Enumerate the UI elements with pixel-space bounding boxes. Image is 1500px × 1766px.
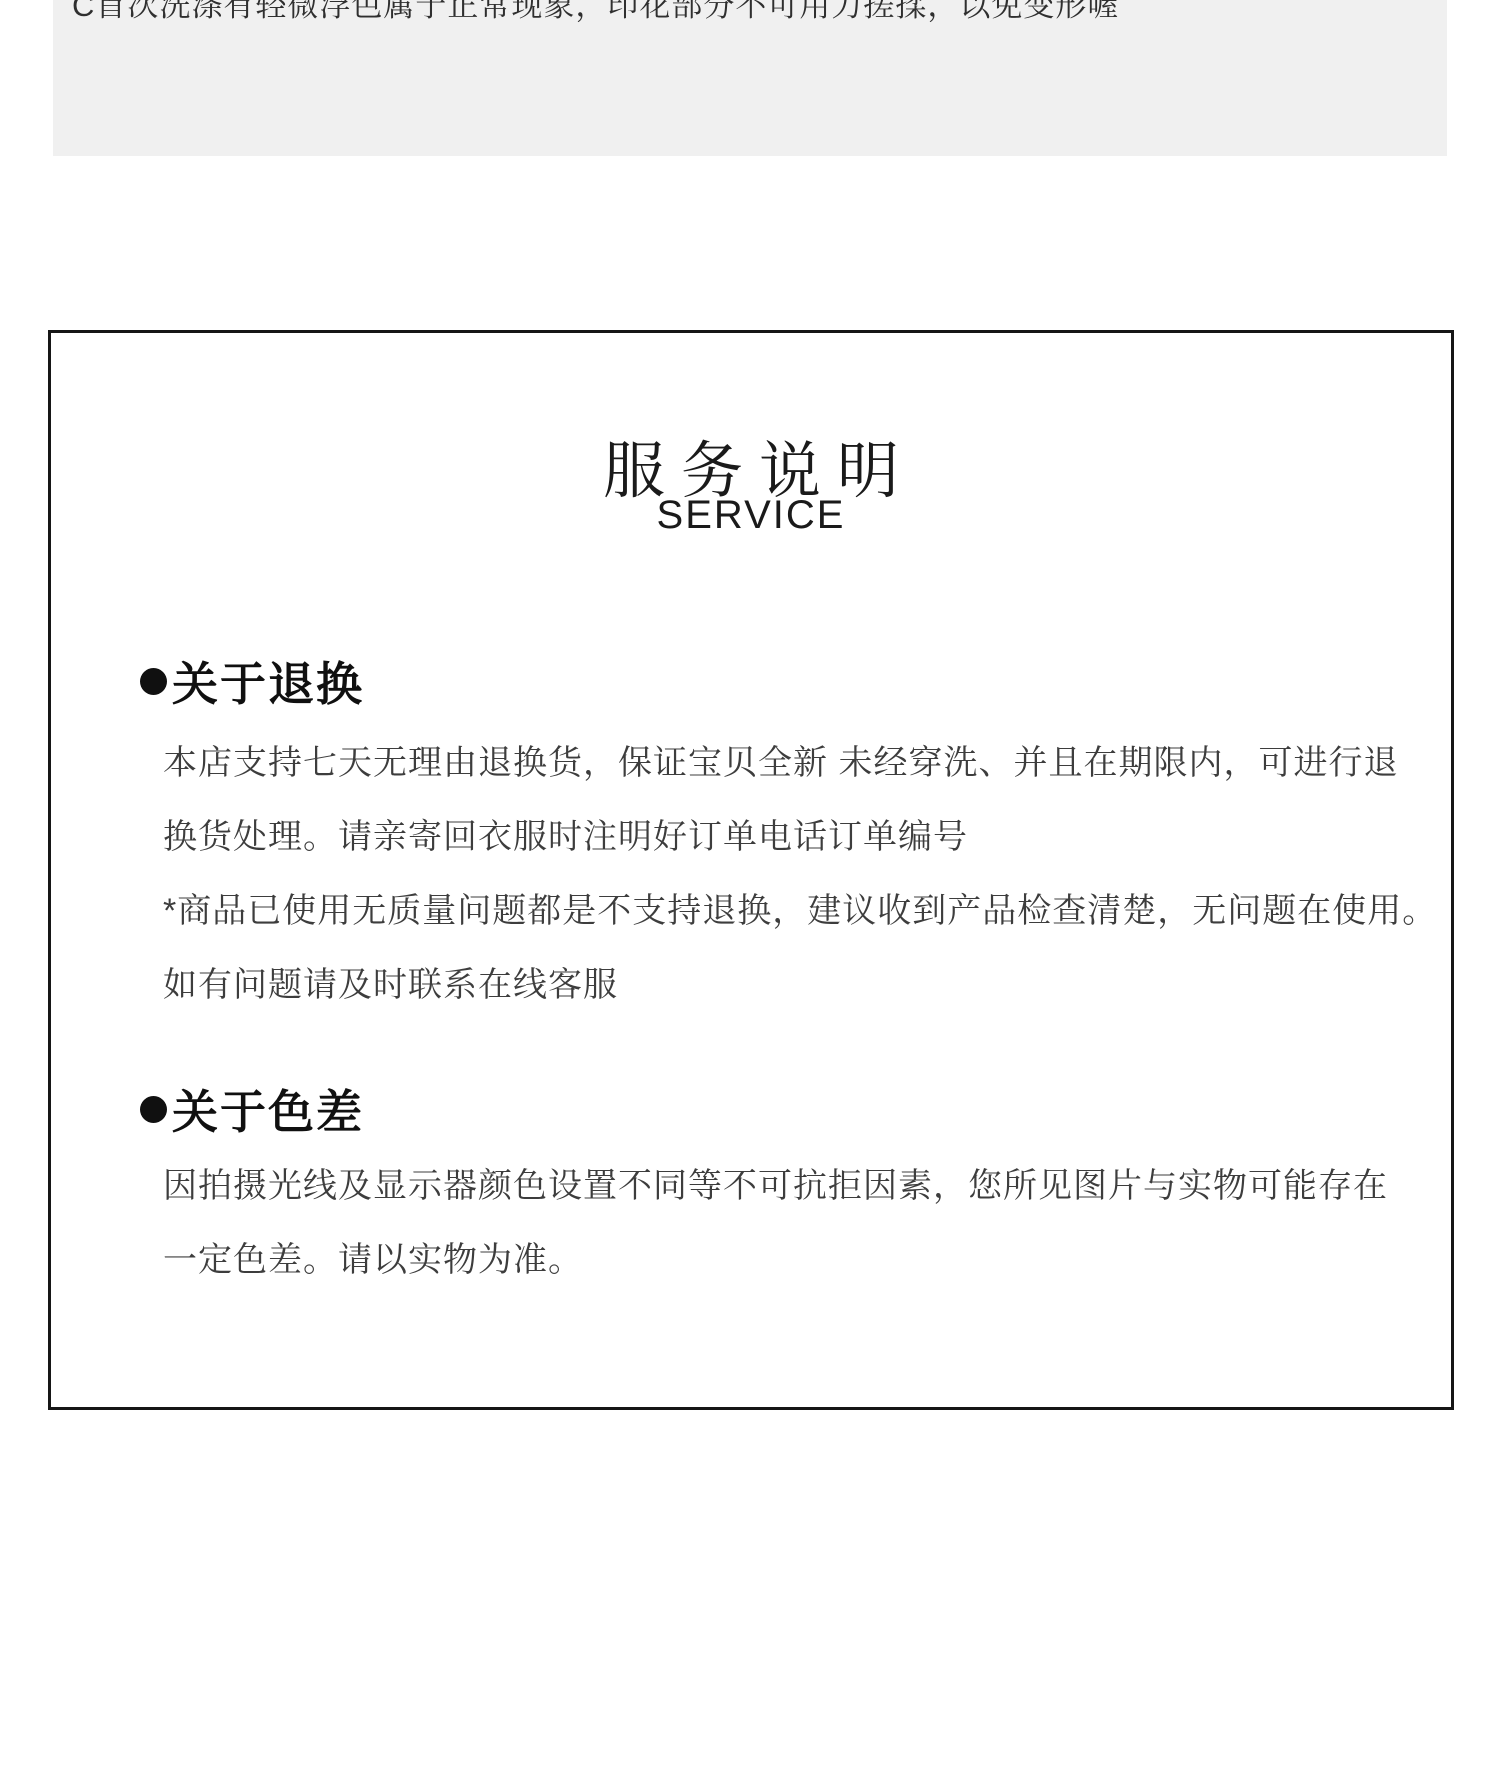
care-note-text: C首次洗涤有轻微浮色属于正常现象，印花部分不可用力搓揉，以免变形喔 — [72, 0, 1119, 26]
paragraph-line: 一定色差。请以实物为准。 — [163, 1223, 1411, 1297]
bullet-icon — [140, 1096, 167, 1123]
service-box-subtitle: SERVICE — [51, 493, 1451, 538]
paragraph-line: 本店支持七天无理由退换货，保证宝贝全新 未经穿洗、并且在期限内，可进行退 — [163, 726, 1411, 800]
paragraph-line: 换货处理。请亲寄回衣服时注明好订单电话订单编号 — [163, 800, 1411, 874]
service-info-box: 服务说明 SERVICE 关于退换 本店支持七天无理由退换货，保证宝贝全新 未经… — [48, 330, 1454, 1410]
section-heading-returns-label: 关于退换 — [172, 648, 364, 714]
paragraph-line: 如有问题请及时联系在线客服 — [163, 948, 1411, 1022]
bullet-icon — [140, 668, 167, 695]
paragraph-line: *商品已使用无质量问题都是不支持退换，建议收到产品检查清楚，无问题在使用。 — [163, 874, 1411, 948]
section-heading-returns: 关于退换 — [140, 648, 364, 714]
care-note-banner: C首次洗涤有轻微浮色属于正常现象，印花部分不可用力搓揉，以免变形喔 — [53, 0, 1447, 156]
returns-paragraph: 本店支持七天无理由退换货，保证宝贝全新 未经穿洗、并且在期限内，可进行退 换货处… — [163, 726, 1411, 1022]
section-heading-color-difference-label: 关于色差 — [172, 1076, 364, 1142]
color-difference-paragraph: 因拍摄光线及显示器颜色设置不同等不可抗拒因素，您所见图片与实物可能存在 一定色差… — [163, 1149, 1411, 1297]
section-heading-color-difference: 关于色差 — [140, 1076, 364, 1142]
paragraph-line: 因拍摄光线及显示器颜色设置不同等不可抗拒因素，您所见图片与实物可能存在 — [163, 1149, 1411, 1223]
